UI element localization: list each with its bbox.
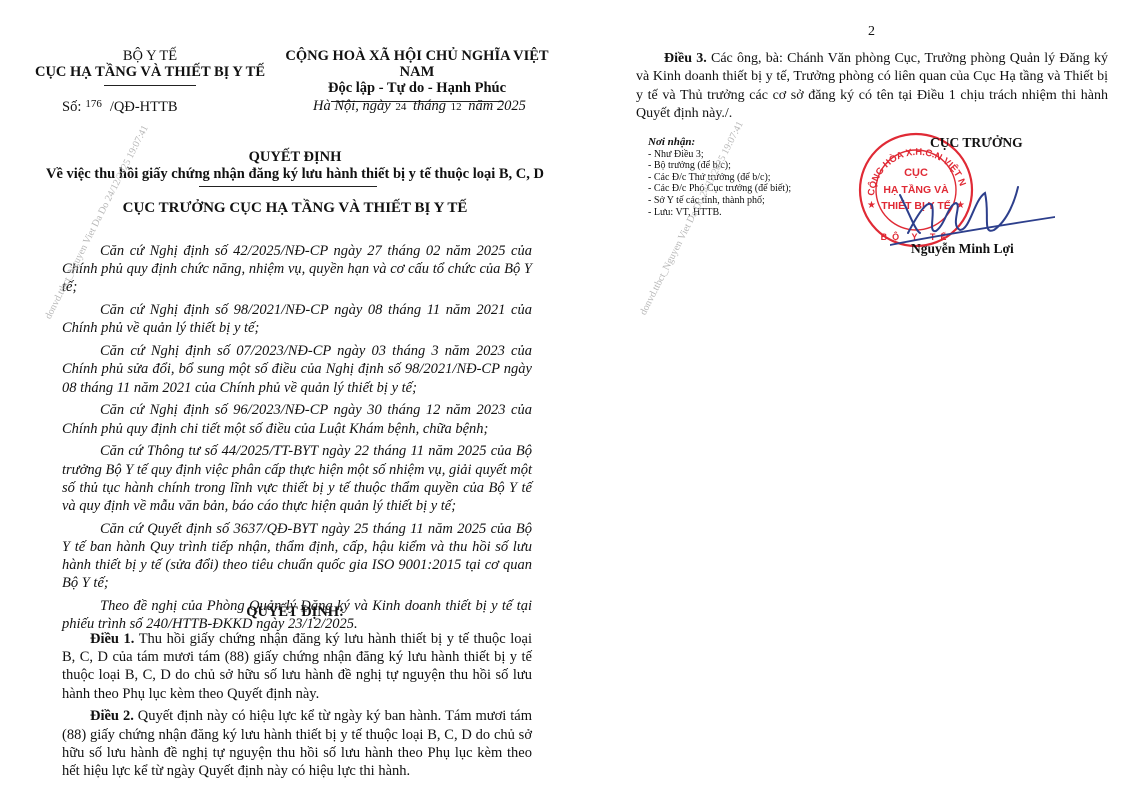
doc-number-suffix: /QĐ-HTTB xyxy=(110,99,178,115)
recipient-item: - Các Đ/c Thứ trưởng (để b/c); xyxy=(648,172,791,184)
article-3-label: Điều 3. xyxy=(664,51,707,66)
recipients-block: Nơi nhận: - Như Điều 3;- Bộ trưởng (để b… xyxy=(648,137,791,218)
recipients-list: - Như Điều 3;- Bộ trưởng (để b/c);- Các … xyxy=(648,149,791,219)
recipient-item: - Các Đ/c Phó Cục trưởng (để biết); xyxy=(648,183,791,195)
article-3: Điều 3. Các ông, bà: Chánh Văn phòng Cục… xyxy=(636,50,1108,124)
national-header: CỘNG HOÀ XÃ HỘI CHỦ NGHĨA VIỆT NAM Độc l… xyxy=(272,48,562,102)
issuer-heading: CỤC TRƯỞNG CỤC HẠ TẦNG VÀ THIẾT BỊ Y TẾ xyxy=(0,200,590,217)
recipient-item: - Lưu: VT, HTTB. xyxy=(648,207,791,219)
issuing-agency-header: BỘ Y TẾ CỤC HẠ TẦNG VÀ THIẾT BỊ Y TẾ xyxy=(30,48,270,86)
doc-number-value: 176 xyxy=(85,98,102,110)
legal-basis-item: Căn cứ Nghị định số 96/2023/NĐ-CP ngày 3… xyxy=(62,401,532,437)
recipient-item: - Bộ trưởng (để b/c); xyxy=(648,160,791,172)
department-name: CỤC HẠ TẦNG VÀ THIẾT BỊ Y TẾ xyxy=(30,64,270,81)
legal-bases: Căn cứ Nghị định số 42/2025/NĐ-CP ngày 2… xyxy=(62,242,532,638)
decides-heading: QUYẾT ĐỊNH: xyxy=(0,604,590,621)
legal-basis-item: Căn cứ Nghị định số 07/2023/NĐ-CP ngày 0… xyxy=(62,342,532,397)
recipients-title: Nơi nhận: xyxy=(648,137,791,149)
legal-basis-item: Căn cứ Thông tư số 44/2025/TT-BYT ngày 2… xyxy=(62,442,532,515)
decision-subtitle: Về việc thu hồi giấy chứng nhận đăng ký … xyxy=(0,166,590,183)
handwritten-signature-icon xyxy=(890,175,1055,250)
title-divider xyxy=(199,186,377,187)
article-2: Điều 2. Quyết định này có hiệu lực kể từ… xyxy=(62,707,532,780)
legal-basis-item: Căn cứ Quyết định số 3637/QĐ-BYT ngày 25… xyxy=(62,520,532,593)
articles: Điều 1. Thu hồi giấy chứng nhận đăng ký … xyxy=(62,630,532,785)
article-label: Điều 2. xyxy=(90,708,134,724)
decision-page-1: BỘ Y TẾ CỤC HẠ TẦNG VÀ THIẾT BỊ Y TẾ CỘN… xyxy=(0,0,590,804)
header-divider xyxy=(104,85,196,86)
decision-page-2: 2 Điều 3. Các ông, bà: Chánh Văn phòng C… xyxy=(590,0,1144,804)
doc-number-label: Số: xyxy=(62,99,81,115)
date-day: 24 xyxy=(395,101,406,113)
date-month: 12 xyxy=(451,101,462,113)
month-label: tháng xyxy=(413,98,446,114)
national-motto: Độc lập - Tự do - Hạnh Phúc xyxy=(272,80,562,97)
article-1: Điều 1. Thu hồi giấy chứng nhận đăng ký … xyxy=(62,630,532,703)
decision-title: QUYẾT ĐỊNH xyxy=(0,149,590,166)
place-date-prefix: Hà Nội, ngày xyxy=(313,98,391,114)
recipient-item: - Sở Y tế các tỉnh, thành phố; xyxy=(648,195,791,207)
place-and-date: Hà Nội, ngày 24 tháng 12 năm 2025 xyxy=(313,98,526,115)
nation-name: CỘNG HOÀ XÃ HỘI CHỦ NGHĨA VIỆT NAM xyxy=(272,48,562,80)
page-number: 2 xyxy=(868,24,875,40)
article-label: Điều 1. xyxy=(90,631,134,647)
legal-basis-item: Căn cứ Nghị định số 42/2025/NĐ-CP ngày 2… xyxy=(62,242,532,297)
date-year: năm 2025 xyxy=(468,98,526,114)
document-number: Số:176/QĐ-HTTB xyxy=(62,98,178,116)
ministry-name: BỘ Y TẾ xyxy=(30,48,270,64)
recipient-item: - Như Điều 3; xyxy=(648,149,791,161)
article-3-text: Các ông, bà: Chánh Văn phòng Cục, Trưởng… xyxy=(636,51,1108,121)
svg-text:★: ★ xyxy=(867,200,876,211)
decision-title-block: QUYẾT ĐỊNH Về việc thu hồi giấy chứng nh… xyxy=(0,149,590,187)
legal-basis-item: Căn cứ Nghị định số 98/2021/NĐ-CP ngày 0… xyxy=(62,301,532,337)
signer-name: Nguyễn Minh Lợi xyxy=(911,241,1014,257)
signer-title: CỤC TRƯỞNG xyxy=(930,135,1023,151)
